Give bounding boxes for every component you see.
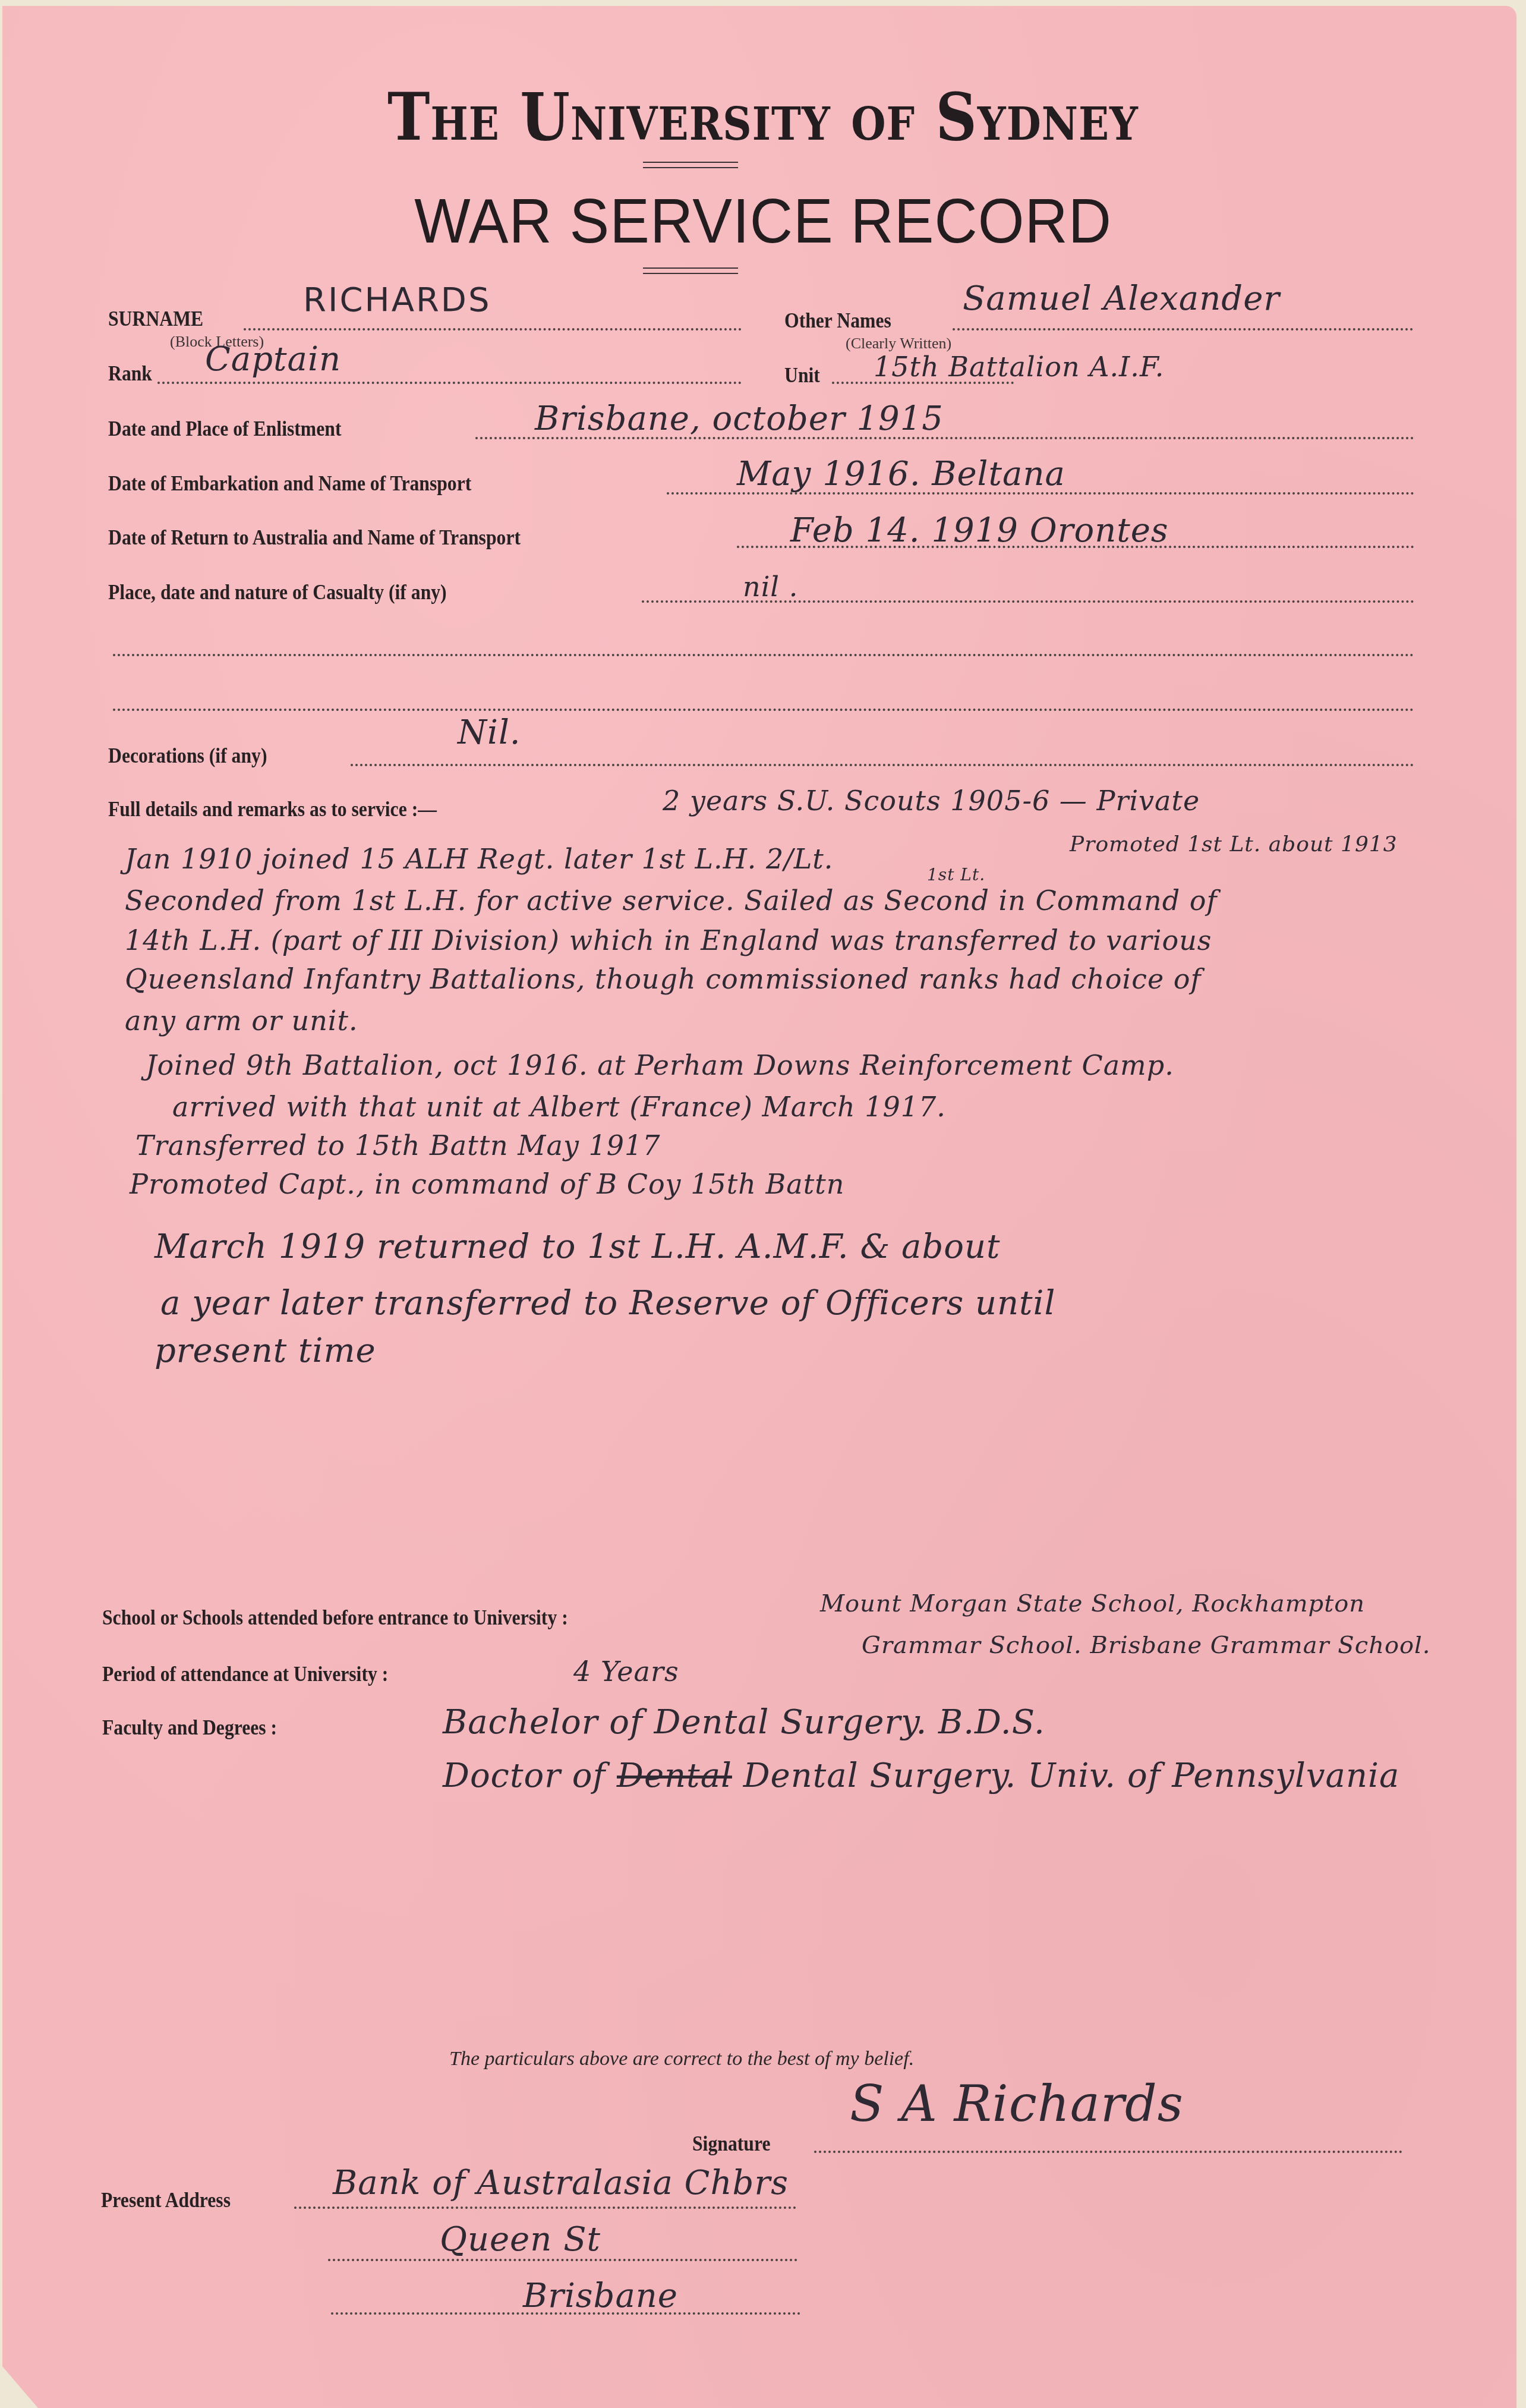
embarkation-value[interactable]: May 1916. Beltana [737, 455, 1065, 493]
service-line-6[interactable]: Joined 9th Battalion, oct 1916. at Perha… [146, 1049, 1174, 1081]
service-line-9[interactable]: Promoted Capt., in command of B Coy 15th… [130, 1168, 844, 1200]
service-line-3[interactable]: 14th L.H. (part of III Division) which i… [125, 924, 1212, 956]
service-line-4[interactable]: Queensland Infantry Battalions, though c… [125, 963, 1201, 995]
decorations-line [351, 764, 1414, 766]
decorations-label: Decorations (if any) [108, 743, 267, 768]
institution-title: The University of Sydney [0, 78, 1526, 156]
service-interlinear: Promoted 1st Lt. about 1913 [1070, 832, 1398, 857]
period-value[interactable]: 4 Years [573, 1655, 679, 1688]
enlistment-label: Date and Place of Enlistment [108, 416, 341, 441]
service-line-8[interactable]: Transferred to 15th Battn May 1917 [135, 1129, 661, 1161]
casualty-label: Place, date and nature of Casualty (if a… [108, 580, 447, 605]
casualty-value[interactable]: nil . [743, 571, 798, 603]
header-rule-bottom [643, 267, 738, 274]
address-line-1[interactable]: Bank of Australasia Chbrs [333, 2164, 789, 2202]
service-line-2[interactable]: Seconded from 1st L.H. for active servic… [125, 884, 1217, 917]
service-line-10[interactable]: March 1919 returned to 1st L.H. A.M.F. &… [155, 1227, 1001, 1266]
schools-line-1[interactable]: Mount Morgan State School, Rockhampton [820, 1590, 1365, 1617]
faculty-line-2-prefix: Doctor of [443, 1757, 617, 1795]
declaration-text: The particulars above are correct to the… [449, 2048, 914, 2070]
surname-label: SURNAME [108, 306, 203, 331]
period-label: Period of attendance at University : [102, 1661, 388, 1686]
address-line-3[interactable]: Brisbane [523, 2277, 678, 2315]
other-names-label: Other Names [784, 308, 891, 333]
enlistment-value[interactable]: Brisbane, october 1915 [535, 399, 944, 438]
service-line-11[interactable]: a year later transferred to Reserve of O… [160, 1284, 1055, 1323]
other-names-hint: (Clearly Written) [846, 335, 951, 352]
casualty-line-2[interactable] [113, 654, 1414, 656]
header-rule-top [643, 162, 738, 168]
rank-label: Rank [108, 361, 152, 386]
service-interlinear-small: 1st Lt. [927, 865, 985, 884]
schools-line-2[interactable]: Grammar School. Brisbane Grammar School. [862, 1632, 1431, 1659]
signature-label: Signature [692, 2131, 770, 2156]
casualty-line-3[interactable] [113, 709, 1414, 711]
decorations-value[interactable]: Nil. [458, 713, 521, 752]
service-first-line[interactable]: 2 years S.U. Scouts 1905-6 — Private [663, 785, 1200, 817]
unit-label: Unit [784, 363, 820, 388]
other-names-line [953, 328, 1413, 330]
address-line-2-rule [328, 2259, 797, 2261]
service-line-12[interactable]: present time [155, 1332, 376, 1370]
rank-value[interactable]: Captain [205, 340, 341, 379]
service-label: Full details and remarks as to service :… [108, 797, 437, 821]
unit-value[interactable]: 15th Battalion A.I.F. [874, 351, 1164, 383]
rank-line [157, 382, 742, 384]
surname-value[interactable]: RICHARDS [303, 281, 491, 319]
embarkation-label: Date of Embarkation and Name of Transpor… [108, 471, 471, 496]
address-line-1-rule [294, 2206, 796, 2209]
faculty-line-2[interactable]: Doctor of Dental Dental Surgery. Univ. o… [443, 1757, 1399, 1795]
faculty-line-1[interactable]: Bachelor of Dental Surgery. B.D.S. [443, 1703, 1045, 1742]
schools-label: School or Schools attended before entran… [102, 1605, 568, 1630]
service-line-7[interactable]: arrived with that unit at Albert (France… [172, 1091, 946, 1123]
surname-line [244, 328, 742, 330]
signature-line [814, 2151, 1402, 2153]
faculty-label: Faculty and Degrees : [102, 1715, 277, 1740]
address-label: Present Address [101, 2187, 231, 2212]
other-names-value[interactable]: Samuel Alexander [963, 279, 1280, 318]
faculty-line-2-struck: Dental [617, 1757, 732, 1795]
address-line-2[interactable]: Queen St [440, 2220, 601, 2259]
return-value[interactable]: Feb 14. 1919 Orontes [790, 511, 1169, 550]
return-label: Date of Return to Australia and Name of … [108, 525, 521, 550]
faculty-line-2-rest: Dental Surgery. Univ. of Pennsylvania [732, 1757, 1399, 1795]
service-line-1[interactable]: Jan 1910 joined 15 ALH Regt. later 1st L… [125, 843, 833, 875]
signature-value[interactable]: S A Richards [850, 2075, 1184, 2133]
torn-corner [2, 2366, 38, 2408]
page-title: WAR SERVICE RECORD [0, 185, 1526, 257]
service-line-5[interactable]: any arm or unit. [125, 1005, 358, 1037]
